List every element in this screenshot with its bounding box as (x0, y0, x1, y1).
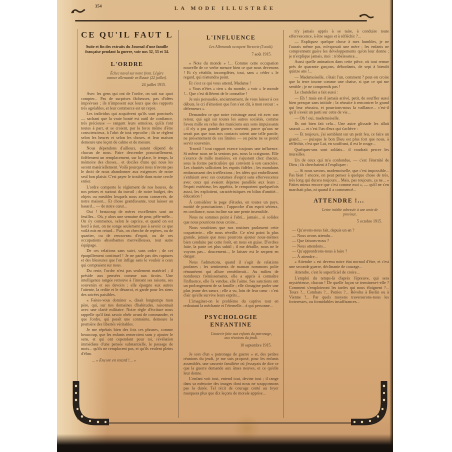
body-paragraph: De ces relations sans suivi, sans ordre … (81, 249, 173, 268)
body-paragraph: L'imaginer-on le problème du captive tou… (184, 299, 279, 309)
masthead-rule (75, 20, 367, 22)
section-note: Causerie faite aux enfants du patronage,… (208, 332, 275, 341)
paragraph-group: n'y jamais appris à se taire, à conduire… (289, 29, 389, 192)
body-paragraph: Travail ! tout rapport exerce toujours u… (184, 147, 279, 199)
body-paragraph: « Vous n'êtes « rien » du monde, « voir … (184, 87, 279, 97)
masthead-title: LA MODE ILLUSTRÉE (57, 6, 393, 12)
body-paragraph: Je me répétais bien des fois ces phrases… (81, 328, 173, 357)
body-paragraph: Oui ! beaucoup de mères excellentes sont… (81, 210, 173, 248)
dialogue-group: — Qu'avons-nous fait, depuis un an ?— No… (289, 228, 389, 259)
body-paragraph: Demandez ce que notre voisinage aussi vi… (184, 112, 279, 145)
magazine-page: 354 LA MODE ILLUSTRÉE CE QU'IL FAUT LIRE… (57, 0, 393, 452)
article-columns: CE QU'IL FAUT LIRE Suite et fin des extr… (81, 29, 389, 421)
body-paragraph: Aussi quelle animation dans cette pièce,… (289, 60, 389, 74)
section-note: Les Allemands occupent Varsovie (5 août)… (208, 45, 275, 49)
body-paragraph: Je sors d'un « patronage de guerre » et,… (184, 352, 279, 376)
page-right-edge-shadow (390, 0, 394, 452)
dialogue-line: — Qu'apprendrons-nous à faire ? (289, 249, 389, 254)
content-frame-left-border (77, 29, 78, 420)
dialogue-line: — À attendre... (289, 254, 389, 259)
masthead: 354 LA MODE ILLUSTRÉE (57, 0, 393, 28)
body-paragraph: Attendre, c'est le superficiel de croire… (289, 270, 389, 275)
body-paragraph: Nous l'admettons, quand il s'agit de rel… (184, 260, 279, 298)
paragraph-group: « Attendre » est devenu notre état norma… (289, 260, 389, 305)
body-paragraph: Nous ne sommes point à l'abri... jamais.… (184, 215, 279, 225)
body-paragraph: — Eh ! mais est-il jamais arrivé, petit,… (289, 96, 389, 115)
body-paragraph: Nous dépendons d'ailleurs, autant dépend… (81, 146, 173, 184)
paragraph-group: Avec les gens qui ont de l'ordre, on sai… (81, 92, 173, 357)
screenshot-canvas: 354 LA MODE ILLUSTRÉE CE QU'IL FAUT LIRE… (0, 0, 452, 452)
body-paragraph: — Oh ! oui, mademoiselle. (289, 116, 389, 121)
body-paragraph: Les individus qui acquièrent qu'ils sont… (81, 112, 173, 145)
body-paragraph: — Mademoiselle, c'était l'un, comment ? … (289, 75, 389, 89)
body-paragraph: « Note du monde » !... Comme cette occup… (184, 61, 279, 80)
magazine-page-photo: 354 LA MODE ILLUSTRÉE CE QU'IL FAUT LIRE… (57, 0, 393, 452)
dialogue-line: — Qu'avons-nous fait, depuis un an ? (289, 228, 389, 233)
body-paragraph: Quelques-uns sont soldats... il voudrait… (289, 147, 389, 157)
body-paragraph: « Faites-vous dominer », disait longtemp… (81, 298, 173, 327)
body-paragraph: Du reste, l'ordre n'est pas seulement ma… (81, 269, 173, 298)
column-divider (284, 30, 285, 418)
body-paragraph: Ils ont bien fait cela... Une autre glis… (289, 122, 389, 132)
corner-flourish-icon (351, 381, 391, 427)
article-title: CE QU'IL FAUT LIRE (81, 30, 173, 40)
body-paragraph: Un de ceux qui m'a confondue, — c'est l'… (289, 158, 389, 168)
body-paragraph: Je suis persuadée, anciennement, de vous… (184, 97, 279, 111)
body-paragraph: Et c'est ce qui vous attend, Madame ! (184, 81, 279, 86)
body-paragraph: — Expliquez quelque chose à mes humbles,… (289, 40, 389, 59)
flourish-icon (359, 13, 374, 20)
body-paragraph: L'enfant voit tout, entend tout, devine … (184, 377, 279, 396)
body-paragraph: Nous voudrions que nos routines parlasse… (184, 226, 279, 259)
body-paragraph: n'y jamais appris à se taire, à conduire… (289, 29, 389, 39)
body-paragraph: Avec les gens qui ont de l'ordre, on sai… (81, 92, 173, 111)
entry-date: 24 juillet 1915. (81, 83, 166, 88)
paragraph-group: Je sors d'un « patronage de guerre » et,… (184, 352, 279, 396)
entry-date: 7 août 1915. (184, 52, 272, 57)
body-paragraph: À considérer la page d'études, en toutes… (184, 200, 279, 214)
dialogue-line: — Nous avons attendu... (289, 233, 389, 238)
column-left: CE QU'IL FAUT LIRE Suite et fin des extr… (81, 29, 173, 421)
article-subtitle: Suite et fin des extraits du Journal d'u… (84, 45, 170, 55)
body-paragraph: Le chandelier a fait aussi : (289, 90, 389, 95)
section-heading-attendre: ATTENDRE !... (289, 197, 389, 205)
body-paragraph: « Attendre » est devenu notre état norma… (289, 260, 389, 270)
paragraph-group: « Note du monde » !... Comme cette occup… (184, 61, 279, 309)
section-heading-psychologie: PSYCHOLOGIE ENFANTINE (184, 313, 279, 328)
page-bottom-shadow (57, 434, 393, 452)
body-paragraph: L'ordre comporte le règlement de nos heu… (81, 185, 173, 209)
column-middle: L'INFLUENCE Les Allemands occupent Varso… (184, 29, 279, 421)
section-note: Échec naval sur notre front. Légère avan… (105, 72, 169, 81)
entry-date: 10 septembre 1915. (184, 343, 272, 348)
dialogue-line: — Que faisons-nous ? (289, 239, 389, 244)
closing-line: ... « Encore en retard !... » (81, 358, 173, 363)
section-heading-influence: L'INFLUENCE (184, 34, 279, 42)
dialogue-line: — Nous attendons... (289, 244, 389, 249)
section-note: Lettre inédite adressée à une amie de pr… (315, 208, 385, 217)
entry-date: 5 octobre 1915. (289, 219, 382, 224)
column-right: n'y jamais appris à se taire, à conduire… (289, 29, 389, 421)
body-paragraph: — Et toujours, j'ai semblant sur un peti… (289, 132, 389, 146)
footer-rule (109, 423, 351, 424)
column-divider (178, 30, 179, 418)
body-paragraph: L'emploi du temps-là d'après l'épreuve, … (289, 276, 389, 305)
body-paragraph: — Si nous savons, mademoiselle, que c'es… (289, 168, 389, 192)
corner-flourish-icon (69, 381, 109, 427)
section-heading-ordre: L'ORDRE (81, 61, 173, 69)
